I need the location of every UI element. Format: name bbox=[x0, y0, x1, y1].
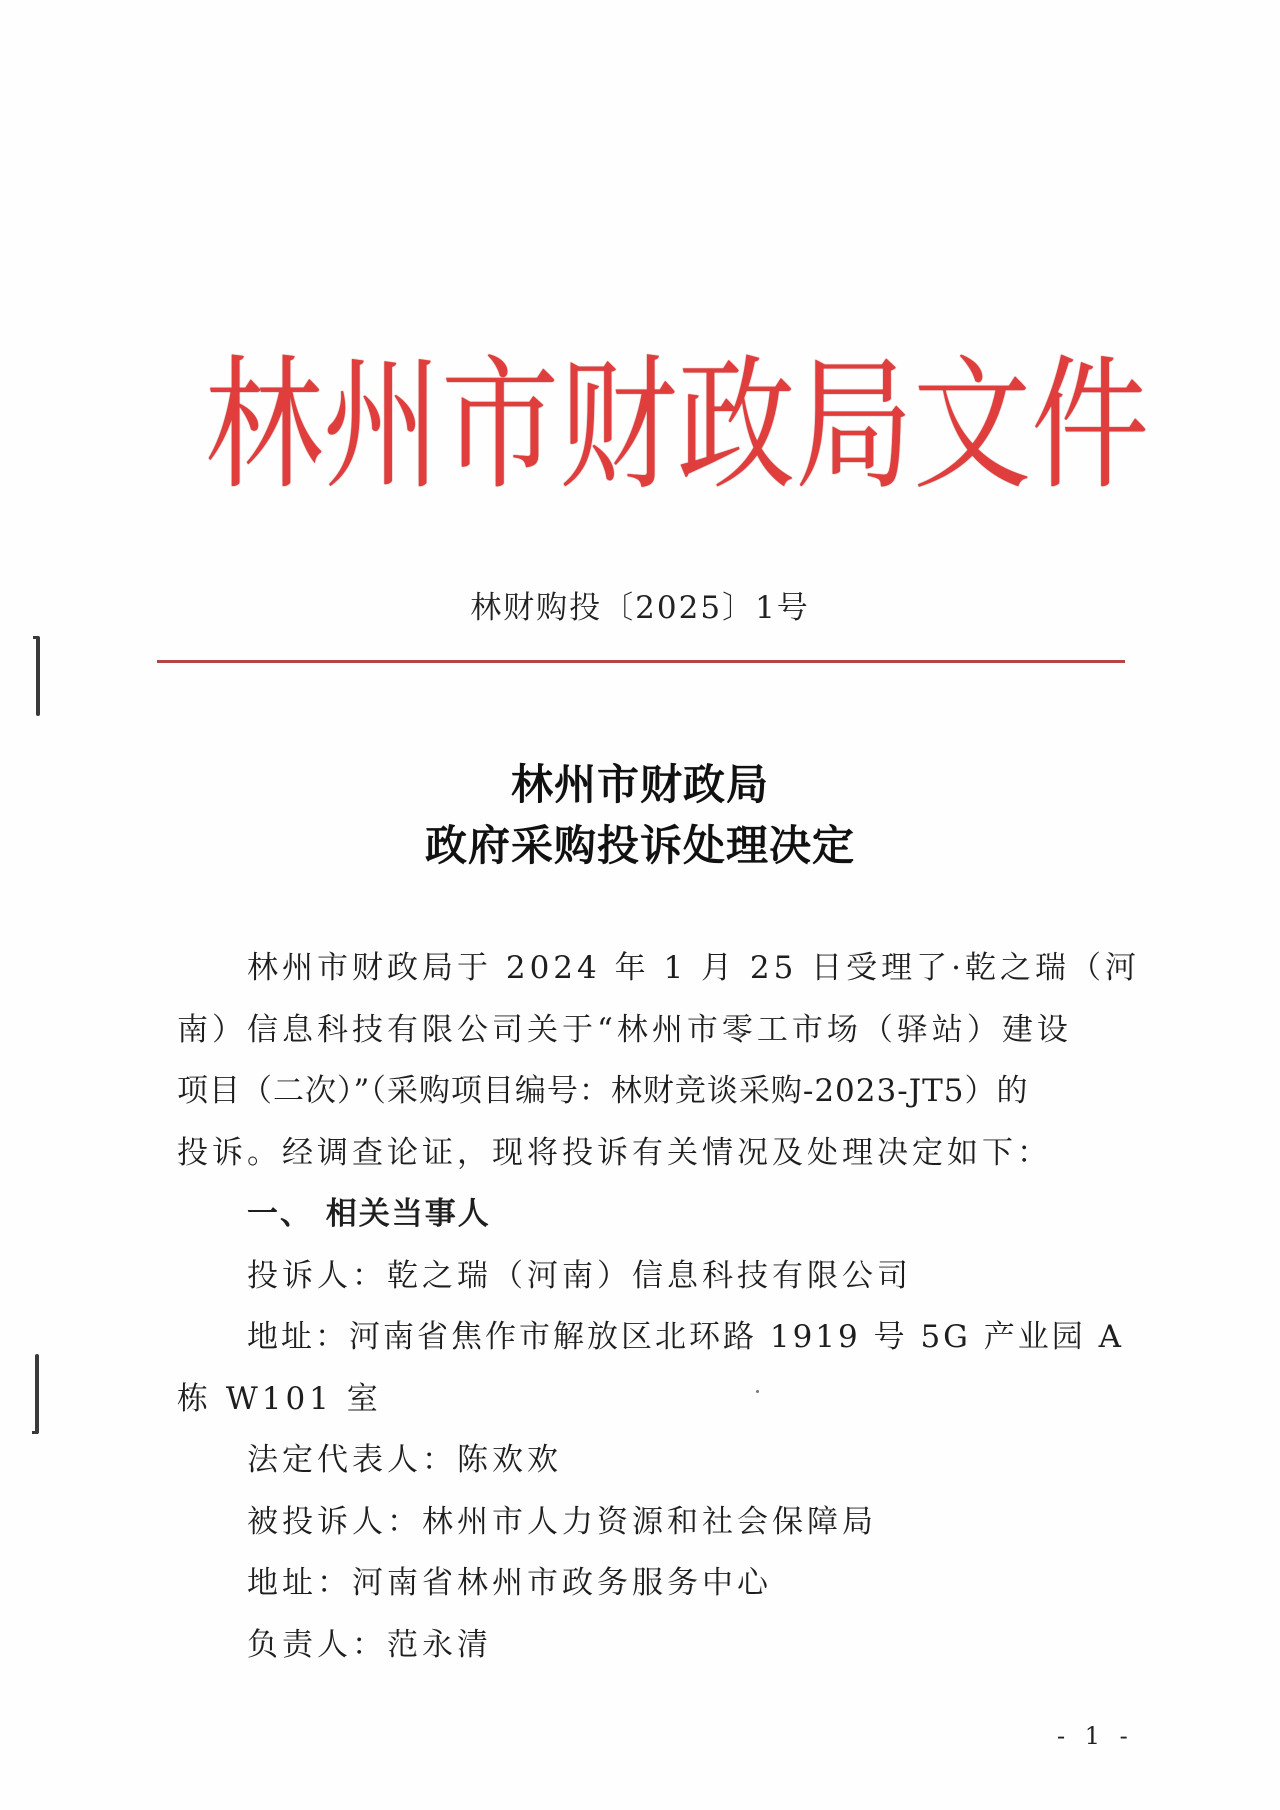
issuer-header-char: 林 bbox=[205, 353, 323, 497]
issuer-header-char: 文 bbox=[913, 353, 1031, 497]
intro-line: 投诉。经调查论证，现将投诉有关情况及处理决定如下： bbox=[177, 1123, 1117, 1185]
complainant: 投诉人：乾之瑞（河南）信息科技有限公司 bbox=[177, 1246, 1117, 1308]
issuer-header-char: 财 bbox=[559, 353, 677, 497]
issuer-header-char: 政 bbox=[677, 353, 795, 497]
document-number: 林财购投〔2025〕1号 bbox=[0, 582, 1280, 627]
complainant-address-cont: 栋 W101 室 bbox=[177, 1369, 1117, 1431]
respondent-address: 地址：河南省林州市政务服务中心 bbox=[177, 1553, 1117, 1615]
respondent: 被投诉人：林州市人力资源和社会保障局 bbox=[177, 1492, 1117, 1554]
person-in-charge: 负责人：范永清 bbox=[177, 1615, 1117, 1677]
intro-line: 林州市财政局于 2024 年 1 月 25 日受理了·乾之瑞（河 bbox=[177, 938, 1117, 1000]
document-body: 林州市财政局于 2024 年 1 月 25 日受理了·乾之瑞（河 南）信息科技有… bbox=[177, 938, 1117, 1676]
intro-line: 南）信息科技有限公司关于“林州市零工市场（驿站）建设 bbox=[177, 1000, 1117, 1062]
binding-mark bbox=[35, 1354, 39, 1434]
issuer-header-char: 州 bbox=[323, 353, 441, 497]
binding-mark bbox=[36, 636, 40, 716]
issuer-header-char: 局 bbox=[795, 353, 913, 497]
legal-representative: 法定代表人：陈欢欢 bbox=[177, 1430, 1117, 1492]
intro-line: 项目（二次）”（采购项目编号：林财竞谈采购-2023-JT5）的 bbox=[177, 1061, 1117, 1123]
issuer-header: 林 州 市 财 政 局 文 件 bbox=[205, 346, 1065, 505]
document-title-line2: 政府采购投诉处理决定 bbox=[0, 813, 1280, 873]
section-heading: 一、 相关当事人 bbox=[177, 1184, 1117, 1246]
complainant-address: 地址：河南省焦作市解放区北环路 1919 号 5G 产业园 A bbox=[177, 1307, 1117, 1369]
issuer-header-char: 件 bbox=[1031, 353, 1149, 497]
red-divider-rule bbox=[157, 660, 1125, 663]
issuer-header-char: 市 bbox=[441, 353, 559, 497]
document-title-line1: 林州市财政局 bbox=[0, 752, 1280, 812]
page-number: - 1 - bbox=[1057, 1722, 1134, 1750]
document-page: 林 州 市 财 政 局 文 件 林财购投〔2025〕1号 林州市财政局 政府采购… bbox=[0, 0, 1280, 1810]
